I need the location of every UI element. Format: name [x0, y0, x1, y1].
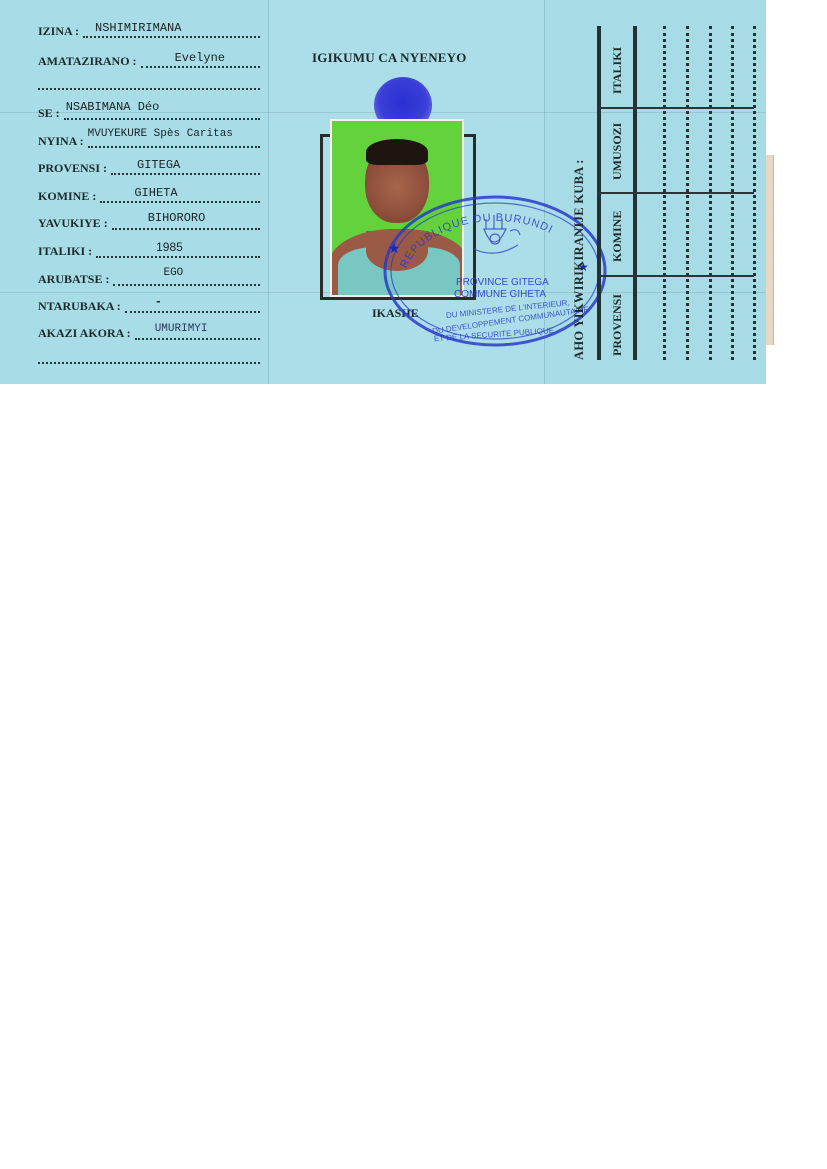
field-label: KOMINE :	[38, 189, 100, 203]
photo-neck	[366, 231, 428, 271]
field-label: IZINA :	[38, 24, 83, 38]
field-value: 1985	[156, 240, 260, 254]
field-label: NYINA :	[38, 134, 88, 148]
field-label: YAVUKIYE :	[38, 216, 112, 230]
column-header-umusozi: UMUSOZI	[610, 123, 625, 180]
field-provensi: PROVENSI : GITEGA	[38, 155, 260, 175]
field-blank-line	[38, 86, 260, 90]
field-arubatse: ARUBATSE : EGO	[38, 266, 260, 286]
field-line: GIHETA	[100, 187, 260, 203]
field-italiki: ITALIKI : 1985	[38, 238, 260, 258]
thumbprint-heading: IGIKUMU CA NYENEYO	[312, 50, 467, 66]
table-row-divider	[598, 275, 754, 277]
field-yavukiye: YAVUKIYE : BIHORORO	[38, 210, 260, 230]
field-label: SE :	[38, 106, 64, 120]
photo-hair	[366, 139, 428, 165]
field-line: 1985	[96, 242, 260, 258]
field-line: BIHORORO	[112, 214, 260, 230]
field-akazi-akora: AKAZI AKORA : UMURIMYI	[38, 320, 260, 340]
field-label: NTARUBAKA :	[38, 299, 125, 313]
field-label: ITALIKI :	[38, 244, 96, 258]
field-nyina: NYINA : MVUYEKURE Spès Caritas	[38, 128, 260, 148]
residence-heading: AHO YIKWIRIKIRANIJE KUBA :	[572, 159, 587, 360]
field-value: NSABIMANA Déo	[66, 100, 260, 114]
field-line: EGO	[113, 270, 260, 286]
field-line: GITEGA	[111, 159, 260, 175]
field-value: MVUYEKURE Spès Caritas	[88, 127, 260, 141]
field-line: MVUYEKURE Spès Caritas	[88, 132, 260, 148]
card-edge-tab	[766, 155, 774, 345]
field-label: ARUBATSE :	[38, 272, 113, 286]
field-line: NSABIMANA Déo	[64, 104, 260, 120]
field-komine: KOMINE : GIHETA	[38, 183, 260, 203]
column-header-provensi: PROVENSI	[610, 294, 625, 356]
field-label: PROVENSI :	[38, 161, 111, 175]
field-line: UMURIMYI	[135, 324, 260, 340]
table-row-divider	[598, 192, 754, 194]
field-value: -	[155, 295, 260, 309]
field-value: NSHIMIRIMANA	[95, 21, 260, 35]
field-value: EGO	[163, 266, 260, 280]
portrait-photo	[330, 119, 464, 297]
field-line: Evelyne	[141, 52, 260, 68]
field-se: SE : NSABIMANA Déo	[38, 100, 260, 120]
photo-caption: IKASHE	[372, 306, 419, 321]
field-value: Evelyne	[175, 51, 260, 65]
column-header-komine: KOMINE	[610, 211, 625, 262]
field-value: BIHORORO	[148, 211, 260, 225]
field-ntarubaka: NTARUBAKA : -	[38, 293, 260, 313]
table-row-divider	[598, 107, 754, 109]
field-value: GITEGA	[137, 158, 260, 172]
field-line: -	[125, 297, 260, 313]
field-value: UMURIMYI	[155, 322, 260, 336]
field-blank-line	[38, 360, 260, 364]
field-amatazirano: AMATAZIRANO : Evelyne	[38, 48, 260, 68]
field-value: GIHETA	[134, 186, 260, 200]
field-line: NSHIMIRIMANA	[83, 22, 260, 38]
field-izina: IZINA : NSHIMIRIMANA	[38, 18, 260, 38]
field-label: AKAZI AKORA :	[38, 326, 135, 340]
field-label: AMATAZIRANO :	[38, 54, 141, 68]
column-header-italiki: ITALIKI	[610, 47, 625, 94]
